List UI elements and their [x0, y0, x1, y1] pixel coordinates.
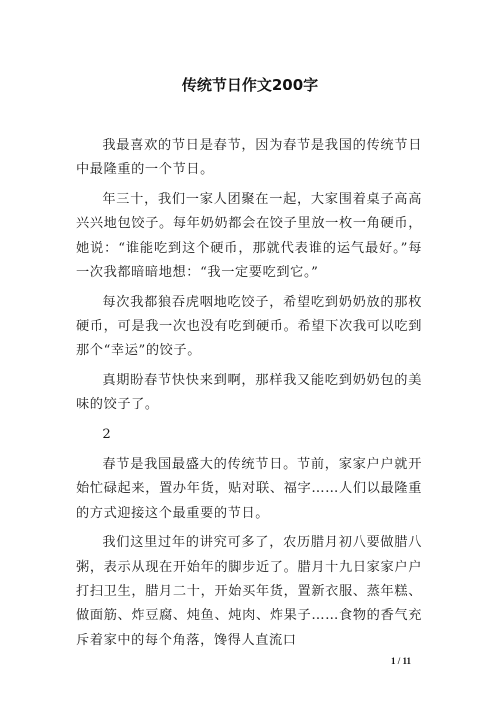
paragraph-3: 每次我都狼吞虎咽地吃饺子，希望吃到奶奶放的那枚硬币，可是我一次也没有吃到硬币。希… — [76, 291, 422, 364]
document-title: 传统节日作文200字 — [0, 74, 500, 95]
paragraph-4: 真期盼春节快快来到啊，那样我又能吃到奶奶包的美味的饺子了。 — [76, 369, 422, 418]
section-number: 2 — [76, 423, 422, 447]
paragraph-1: 我最喜欢的节日是春节，因为春节是我国的传统节日中最隆重的一个节日。 — [76, 134, 422, 183]
paragraph-5: 春节是我国最盛大的传统节日。节前，家家户户就开始忙碌起来，置办年货，贴对联、福字… — [76, 453, 422, 526]
document-body: 我最喜欢的节日是春节，因为春节是我国的传统节日中最隆重的一个节日。 年三十，我们… — [76, 134, 422, 658]
page-indicator: 1 / 11 — [391, 656, 411, 666]
paragraph-6: 我们这里过年的讲究可多了，农历腊月初八要做腊八粥，表示从现在开始年的脚步近了。腊… — [76, 531, 422, 652]
paragraph-2: 年三十，我们一家人团聚在一起，大家围着桌子高高兴兴地包饺子。每年奶奶都会在饺子里… — [76, 188, 422, 285]
